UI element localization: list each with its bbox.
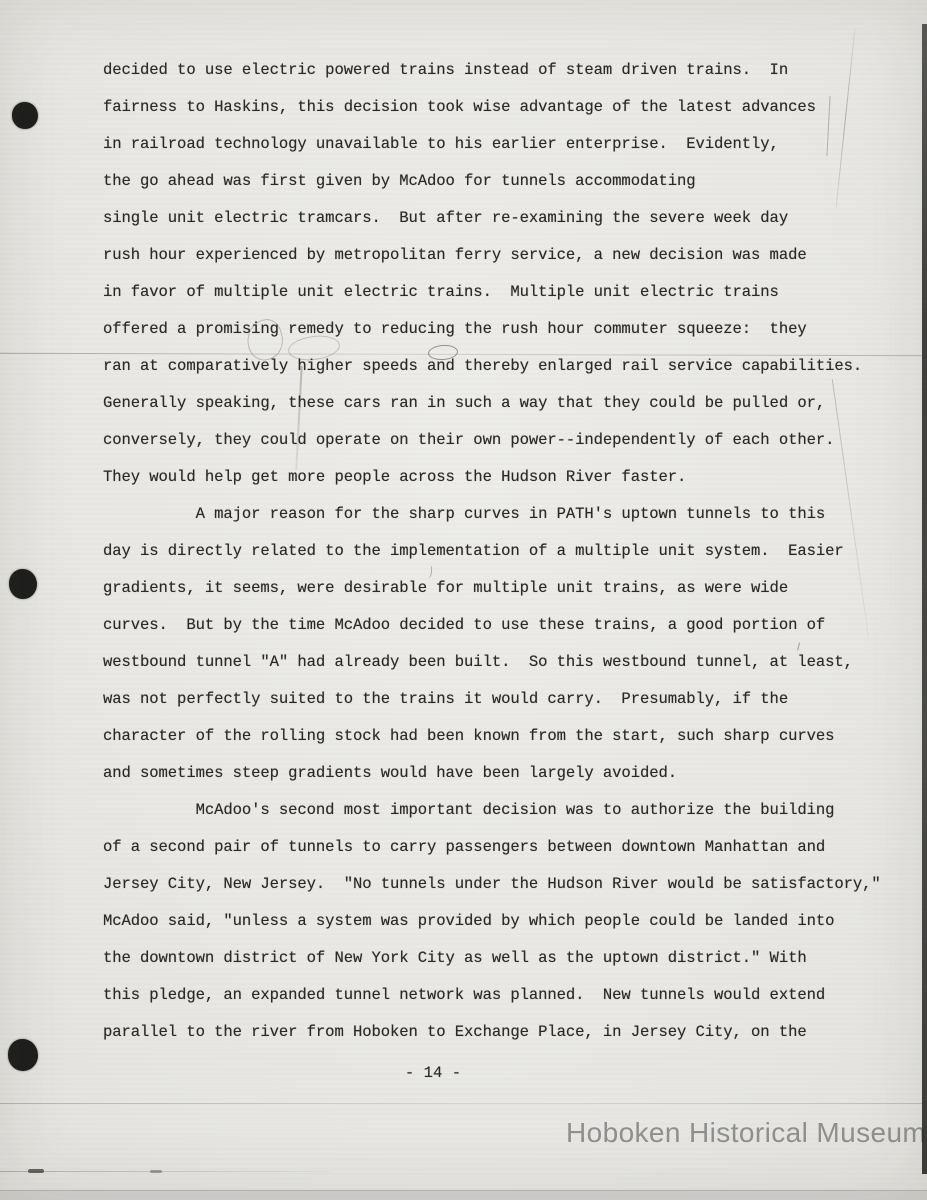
text-line: Jersey City, New Jersey. "No tunnels und…	[103, 866, 913, 903]
typewritten-text: decided to use electric powered trains i…	[103, 52, 913, 1051]
text-line: of a second pair of tunnels to carry pas…	[103, 829, 913, 866]
text-line: A major reason for the sharp curves in P…	[103, 496, 913, 533]
fold-crease	[0, 1171, 330, 1172]
ink-speck	[28, 1169, 44, 1173]
text-line: westbound tunnel "A" had already been bu…	[103, 644, 913, 681]
text-line: character of the rolling stock had been …	[103, 718, 913, 755]
hole-punch	[8, 1039, 38, 1071]
text-line: the go ahead was first given by McAdoo f…	[103, 163, 913, 200]
text-line: ran at comparatively higher speeds and t…	[103, 348, 913, 385]
text-line: and sometimes steep gradients would have…	[103, 755, 913, 792]
text-line: McAdoo said, "unless a system was provid…	[103, 903, 913, 940]
text-line: They would help get more people across t…	[103, 459, 913, 496]
text-line: fairness to Haskins, this decision took …	[103, 89, 913, 126]
text-line: this pledge, an expanded tunnel network …	[103, 977, 913, 1014]
text-line: in railroad technology unavailable to hi…	[103, 126, 913, 163]
text-line: parallel to the river from Hoboken to Ex…	[103, 1014, 913, 1051]
text-line: was not perfectly suited to the trains i…	[103, 681, 913, 718]
text-line: McAdoo's second most important decision …	[103, 792, 913, 829]
scan-bottom-edge	[0, 1190, 927, 1200]
text-line: the downtown district of New York City a…	[103, 940, 913, 977]
fold-crease	[0, 1103, 927, 1104]
museum-watermark: Hoboken Historical Museum	[566, 1117, 926, 1149]
hole-punch	[9, 569, 37, 599]
text-line: single unit electric tramcars. But after…	[103, 200, 913, 237]
text-line: in favor of multiple unit electric train…	[103, 274, 913, 311]
text-line: rush hour experienced by metropolitan fe…	[103, 237, 913, 274]
text-line: Generally speaking, these cars ran in su…	[103, 385, 913, 422]
scan-right-edge	[922, 24, 927, 1174]
ink-speck	[150, 1170, 162, 1173]
text-line: offered a promising remedy to reducing t…	[103, 311, 913, 348]
page-number: - 14 -	[103, 1055, 763, 1092]
text-line: decided to use electric powered trains i…	[103, 52, 913, 89]
text-line: gradients, it seems, were desirable for …	[103, 570, 913, 607]
scanned-document-page: decided to use electric powered trains i…	[0, 0, 927, 1200]
text-line: day is directly related to the implement…	[103, 533, 913, 570]
text-line: curves. But by the time McAdoo decided t…	[103, 607, 913, 644]
hole-punch	[12, 102, 38, 129]
text-line: conversely, they could operate on their …	[103, 422, 913, 459]
